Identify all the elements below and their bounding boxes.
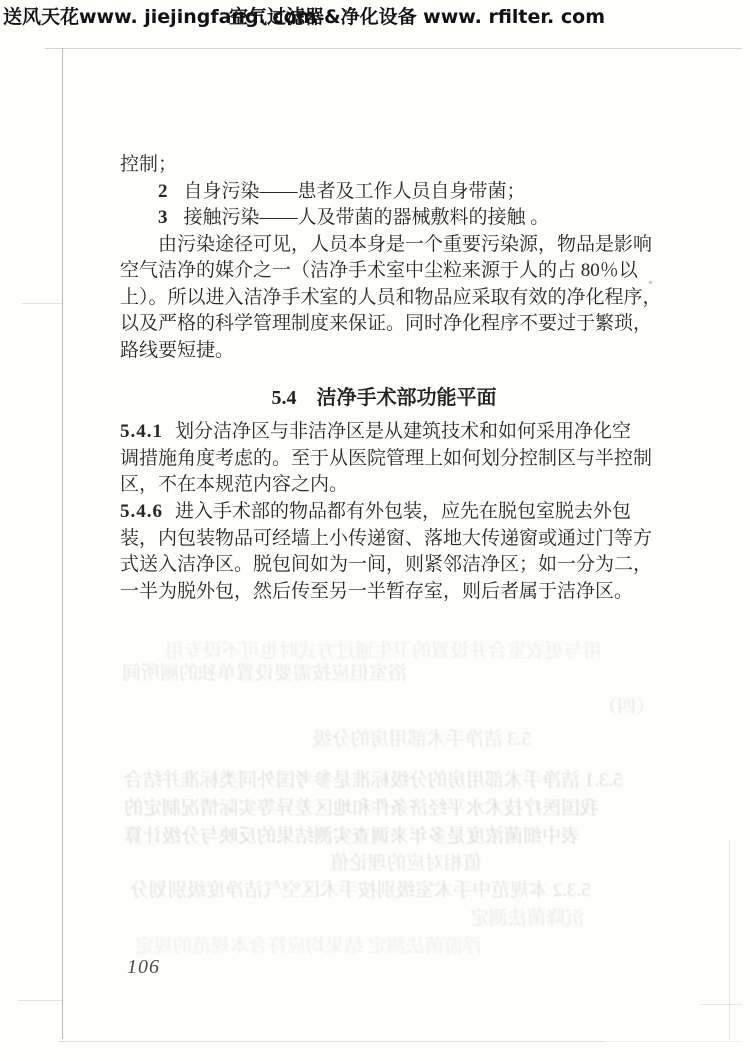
- line-text: 由污染途径可见，人员本身是一个重要污染源，物品是影响: [158, 234, 652, 255]
- bleedthrough-heading: 5.3 洁净手术部用房的分级: [262, 729, 582, 751]
- body-line: 装，内包装物品可经墙上小传递窗、落地大传递窗或通过门等方: [120, 526, 652, 553]
- page-number: 106: [127, 956, 160, 979]
- vendor-right-text: 空气过滤器&净化设备 www. rfilter. com: [229, 2, 605, 29]
- scan-border-top: [45, 48, 742, 49]
- list-item-2: 2自身污染——患者及工作人员自身带菌；: [120, 179, 652, 206]
- bleedthrough-line: 5.3.1 洁净手术部用房的分级标准是参考国外同类标准并结合: [124, 770, 623, 792]
- scan-border-bottom-faint: [600, 1041, 740, 1042]
- body-line: 路线要短捷。: [120, 338, 652, 365]
- line-text: 进入手术部的物品都有外包装，应先在脱包室脱去外包: [175, 501, 631, 522]
- clause-number: 5.4.6: [120, 501, 163, 522]
- list-item-number: 2: [158, 181, 169, 202]
- bleedthrough-line: 用与更衣室合并设置的卫生通过方式时也可不设专用: [165, 641, 602, 663]
- body-line: 控制；: [120, 152, 652, 179]
- bleedthrough-line: 我国医疗技术水平经济条件和地区差异等实际情况制定的: [124, 798, 599, 820]
- scan-border-bottom: [58, 1041, 603, 1042]
- body-paragraphs-top: 控制； 2自身污染——患者及工作人员自身带菌； 3接触污染——人及带菌的器械敷料…: [120, 152, 652, 364]
- bleedthrough-line: 浮游菌法测定 结果均应符合本规范的规定: [135, 936, 482, 958]
- line-text: 一半为脱外包，然后传至另一半暂存室，则后者属于洁净区。: [120, 581, 633, 602]
- line-text: 控制；: [120, 154, 177, 175]
- bleedthrough-line: （四）: [598, 697, 655, 719]
- line-text: 式送入洁净区。脱包间如为一间，则紧邻洁净区；如一分为二，: [120, 554, 652, 575]
- bleedthrough-line: 5.3.2 本规范中手术室级别按手术区空气洁净度级别划分: [130, 880, 591, 902]
- body-line: 以及严格的科学管理制度来保证。同时净化程序不要过于繁琐，: [120, 311, 652, 338]
- scan-tick-left-lower: [18, 1000, 62, 1001]
- body-line: 空气洁净的媒介之一（洁净手术室中尘粒来源于人的占 80％以: [120, 258, 652, 285]
- line-text: 装，内包装物品可经墙上小传递窗、落地大传递窗或通过门等方: [120, 528, 652, 549]
- list-item-number: 3: [158, 207, 169, 228]
- section-heading-5-4: 5.4 洁净手术部功能平面: [120, 381, 648, 410]
- line-text: 上）。所以进入洁净手术室的人员和物品应采取有效的净化程序，: [120, 287, 662, 308]
- clause-5-4-6: 5.4.6进入手术部的物品都有外包装，应先在脱包室脱去外包 装，内包装物品可经墙…: [120, 499, 652, 605]
- line-text: 接触污染——人及带菌的器械敷料的接触 。: [184, 207, 550, 228]
- list-item-3: 3接触污染——人及带菌的器械敷料的接触 。: [120, 205, 652, 232]
- line-text: 划分洁净区与非洁净区是从建筑技术和如何采用净化空: [175, 421, 631, 442]
- scan-border-left: [62, 48, 63, 1039]
- clause-number: 5.4.1: [120, 421, 163, 442]
- scan-tick-right-lower: [700, 1004, 742, 1005]
- scan-border-right: [729, 840, 730, 1040]
- body-line: 5.4.1划分洁净区与非洁净区是从建筑技术和如何采用净化空: [120, 419, 652, 446]
- body-line: 一半为脱外包，然后传至另一半暂存室，则后者属于洁净区。: [120, 579, 652, 606]
- bleedthrough-line: 值相对应的理论值: [330, 853, 482, 875]
- line-text: 路线要短捷。: [120, 340, 234, 361]
- clause-5-4-1: 5.4.1划分洁净区与非洁净区是从建筑技术和如何采用净化空 调措施角度考虑的。至…: [120, 419, 652, 499]
- line-text: 调措施角度考虑的。至于从医院管理上如何划分控制区与半控制: [120, 448, 652, 469]
- bleedthrough-line: 沉降菌法测定: [470, 908, 584, 930]
- body-line: 调措施角度考虑的。至于从医院管理上如何划分控制区与半控制: [120, 446, 652, 473]
- line-text: 空气洁净的媒介之一（洁净手术室中尘粒来源于人的占 80％以: [120, 260, 638, 281]
- body-line: 5.4.6进入手术部的物品都有外包装，应先在脱包室脱去外包: [120, 499, 652, 526]
- body-line: 上）。所以进入洁净手术室的人员和物品应采取有效的净化程序，: [120, 285, 652, 312]
- line-text: 以及严格的科学管理制度来保证。同时净化程序不要过于繁琐，: [120, 313, 652, 334]
- line-text: 区，不在本规范内容之内。: [120, 474, 348, 495]
- bleedthrough-line: 表中细菌浓度是多年来调查实测结果的反映与分级计算: [124, 826, 580, 848]
- scan-tick-left-upper: [22, 303, 62, 304]
- body-line: 式送入洁净区。脱包间如为一间，则紧邻洁净区；如一分为二，: [120, 552, 652, 579]
- vendor-banner: 送风天花www. jiejingfang. com 空气过滤器&净化设备 www…: [0, 2, 750, 30]
- body-line: 由污染途径可见，人员本身是一个重要污染源，物品是影响: [120, 232, 652, 259]
- bleedthrough-line: 浴室但应按需要设置单独的厕所间: [122, 663, 407, 685]
- line-text: 自身污染——患者及工作人员自身带菌；: [184, 181, 526, 202]
- body-line: 区，不在本规范内容之内。: [120, 472, 652, 499]
